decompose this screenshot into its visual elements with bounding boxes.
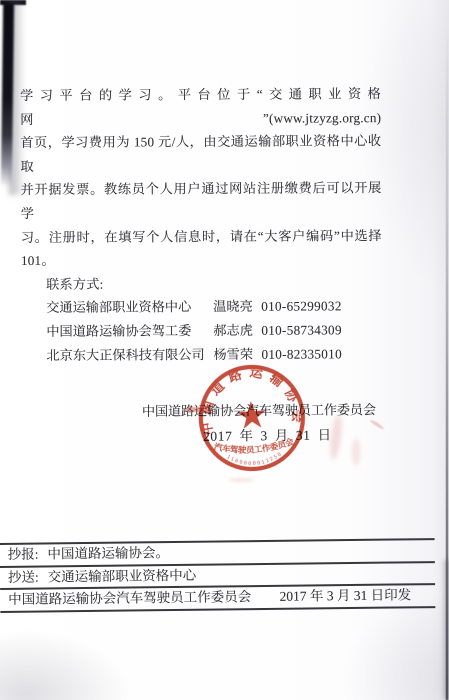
contact-row: 交通运输部职业资格中心 温晓亮 010-65299032 <box>21 294 382 319</box>
contact-org: 北京东大正保科技有限公司 <box>46 343 213 367</box>
cc-send-label: 抄送: <box>8 569 39 584</box>
seal-star-icon <box>236 400 266 429</box>
contact-org: 中国道路运输协会驾工委 <box>46 319 213 343</box>
contact-org: 交通运输部职业资格中心 <box>46 295 213 319</box>
paragraph-line: 首页，学习费用为 150 元/人，由交通运输部职业资格中心收取 <box>20 129 381 178</box>
cc-send-value: 交通运输部职业资格中心 <box>48 567 197 584</box>
contact-phone: 010-65299032 <box>261 294 382 318</box>
scanned-document-page: 学习平台的学习。平台位于“交通职业资格网”(www.jtzyzg.org.cn)… <box>0 0 449 700</box>
seal-ink-smudge <box>186 407 209 412</box>
paragraph-line: 习。注册时，在填写个人信息时，请在“大客户编码”中选择 <box>21 224 382 249</box>
scan-shadow-left-edge <box>1 3 14 187</box>
seal-ink-smudge <box>369 419 384 430</box>
cc-report-value: 中国道路运输协会。 <box>47 545 169 561</box>
scan-shadow-right-bottom <box>442 560 449 700</box>
cc-report-label: 抄报: <box>8 547 39 562</box>
contact-row: 北京东大正保科技有限公司 杨雪荣 010-82335010 <box>21 342 382 367</box>
seal-ink-smudge <box>228 478 254 482</box>
paragraph-line: 并开据发票。教练员个人用户通过网站注册缴费后可以开展学 <box>20 176 381 225</box>
contact-heading: 联系方式: <box>21 271 382 296</box>
seal-ink-smudge <box>352 438 360 466</box>
seal-arc-text: 中国道路运输协会 <box>195 361 307 437</box>
contact-person: 郝志虎 <box>213 319 261 343</box>
issuer-name: 中国道路运输协会汽车驾驶员工作委员会 <box>8 587 251 610</box>
body-text-block: 学习平台的学习。平台位于“交通职业资格网”(www.jtzyzg.org.cn)… <box>20 82 382 367</box>
contact-row: 中国道路运输协会驾工委 郝志虎 010-58734309 <box>21 318 382 343</box>
contact-person: 温晓亮 <box>213 295 261 319</box>
paragraph-line: 101。 <box>21 247 382 272</box>
footer-distribution-table: 抄报:中国道路运输协会。 抄送:交通运输部职业资格中心 中国道路运输协会汽车驾驶… <box>0 538 435 612</box>
contact-phone: 010-58734309 <box>261 318 382 342</box>
seal-banner-text: 汽车驾驶员工作委员会 <box>212 436 296 458</box>
print-date: 2017 年 3 月 31 日印发 <box>279 585 411 607</box>
official-seal: 中国道路运输协会 汽车驾驶员工作委员会 1100000011250 <box>190 358 314 482</box>
paragraph-line: 学习平台的学习。平台位于“交通职业资格网”(www.jtzyzg.org.cn) <box>20 82 381 131</box>
